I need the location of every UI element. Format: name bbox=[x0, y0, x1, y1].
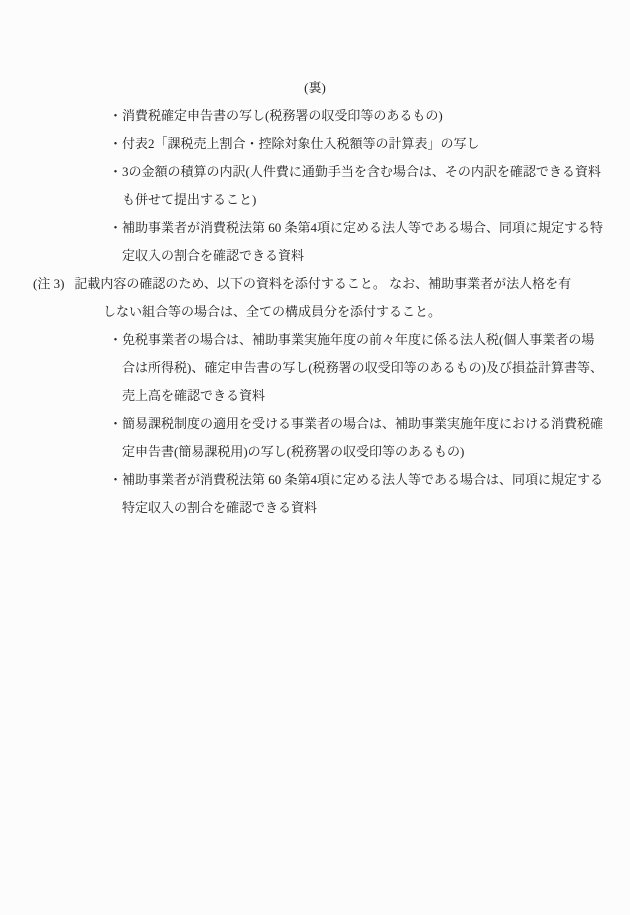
line-text: しない組合等の場合は、全ての構成員分を添付すること。 bbox=[103, 304, 441, 319]
list-line: 定収入の割合を確認できる資料 bbox=[0, 242, 630, 270]
list-line: 定申告書(簡易課税用)の写し(税務署の収受印等のあるもの) bbox=[0, 438, 630, 466]
line-text: 特定収入の割合を確認できる資料 bbox=[122, 500, 317, 515]
list-line: ・補助事業者が消費税法第 60 条第4項に定める法人等である場合は、同項に規定す… bbox=[0, 466, 630, 494]
line-text: ・簡易課税制度の適用を受ける事業者の場合は、補助事業実施年度における消費税確 bbox=[109, 416, 603, 431]
line-text: 定申告書(簡易課税用)の写し(税務署の収受印等のあるもの) bbox=[122, 444, 464, 459]
list-line: ・簡易課税制度の適用を受ける事業者の場合は、補助事業実施年度における消費税確 bbox=[0, 410, 630, 438]
list-line: 売上高を確認できる資料 bbox=[0, 382, 630, 410]
line-text: 定収入の割合を確認できる資料 bbox=[122, 248, 304, 263]
list-line: ・消費税確定申告書の写し(税務署の収受印等のあるもの) bbox=[0, 102, 630, 130]
list-line: ・補助事業者が消費税法第 60 条第4項に定める法人等である場合、同項に規定する… bbox=[0, 214, 630, 242]
line-text: ・付表2「課税売上割合・控除対象仕入税額等の計算表」の写し bbox=[109, 136, 480, 151]
line-text: 売上高を確認できる資料 bbox=[122, 388, 265, 403]
line-text: ・消費税確定申告書の写し(税務署の収受印等のあるもの) bbox=[109, 108, 443, 123]
list-line: ・3の金額の積算の内訳(人件費に通勤手当を含む場合は、その内訳を確認できる資料 bbox=[0, 158, 630, 186]
line-text: ・補助事業者が消費税法第 60 条第4項に定める法人等である場合は、同項に規定す… bbox=[109, 472, 603, 487]
document-page: (裏) ・消費税確定申告書の写し(税務署の収受印等のあるもの)・付表2「課税売上… bbox=[0, 0, 630, 915]
list-line: ・免税事業者の場合は、補助事業実施年度の前々年度に係る法人税(個人事業者の場 bbox=[0, 326, 630, 354]
page-side-label: (裏) bbox=[0, 0, 630, 102]
line-text: ・免税事業者の場合は、補助事業実施年度の前々年度に係る法人税(個人事業者の場 bbox=[109, 332, 594, 347]
note-label: (注 3) bbox=[33, 276, 64, 291]
line-text: 合は所得税)、確定申告書の写し(税務署の収受印等のあるもの)及び損益計算書等、 bbox=[122, 360, 603, 375]
list-line: も併せて提出すること) bbox=[0, 186, 630, 214]
note-line: (注 3)記載内容の確認のため、以下の資料を添付すること。 なお、補助事業者が法… bbox=[0, 270, 630, 298]
line-text: も併せて提出すること) bbox=[122, 192, 256, 207]
document-body: ・消費税確定申告書の写し(税務署の収受印等のあるもの)・付表2「課税売上割合・控… bbox=[0, 102, 630, 522]
line-text: ・補助事業者が消費税法第 60 条第4項に定める法人等である場合、同項に規定する… bbox=[109, 220, 603, 235]
line-text: ・3の金額の積算の内訳(人件費に通勤手当を含む場合は、その内訳を確認できる資料 bbox=[109, 164, 601, 179]
list-line: 特定収入の割合を確認できる資料 bbox=[0, 494, 630, 522]
note-line: しない組合等の場合は、全ての構成員分を添付すること。 bbox=[0, 298, 630, 326]
line-text: 記載内容の確認のため、以下の資料を添付すること。 なお、補助事業者が法人格を有 bbox=[74, 276, 571, 291]
list-line: 合は所得税)、確定申告書の写し(税務署の収受印等のあるもの)及び損益計算書等、 bbox=[0, 354, 630, 382]
list-line: ・付表2「課税売上割合・控除対象仕入税額等の計算表」の写し bbox=[0, 130, 630, 158]
